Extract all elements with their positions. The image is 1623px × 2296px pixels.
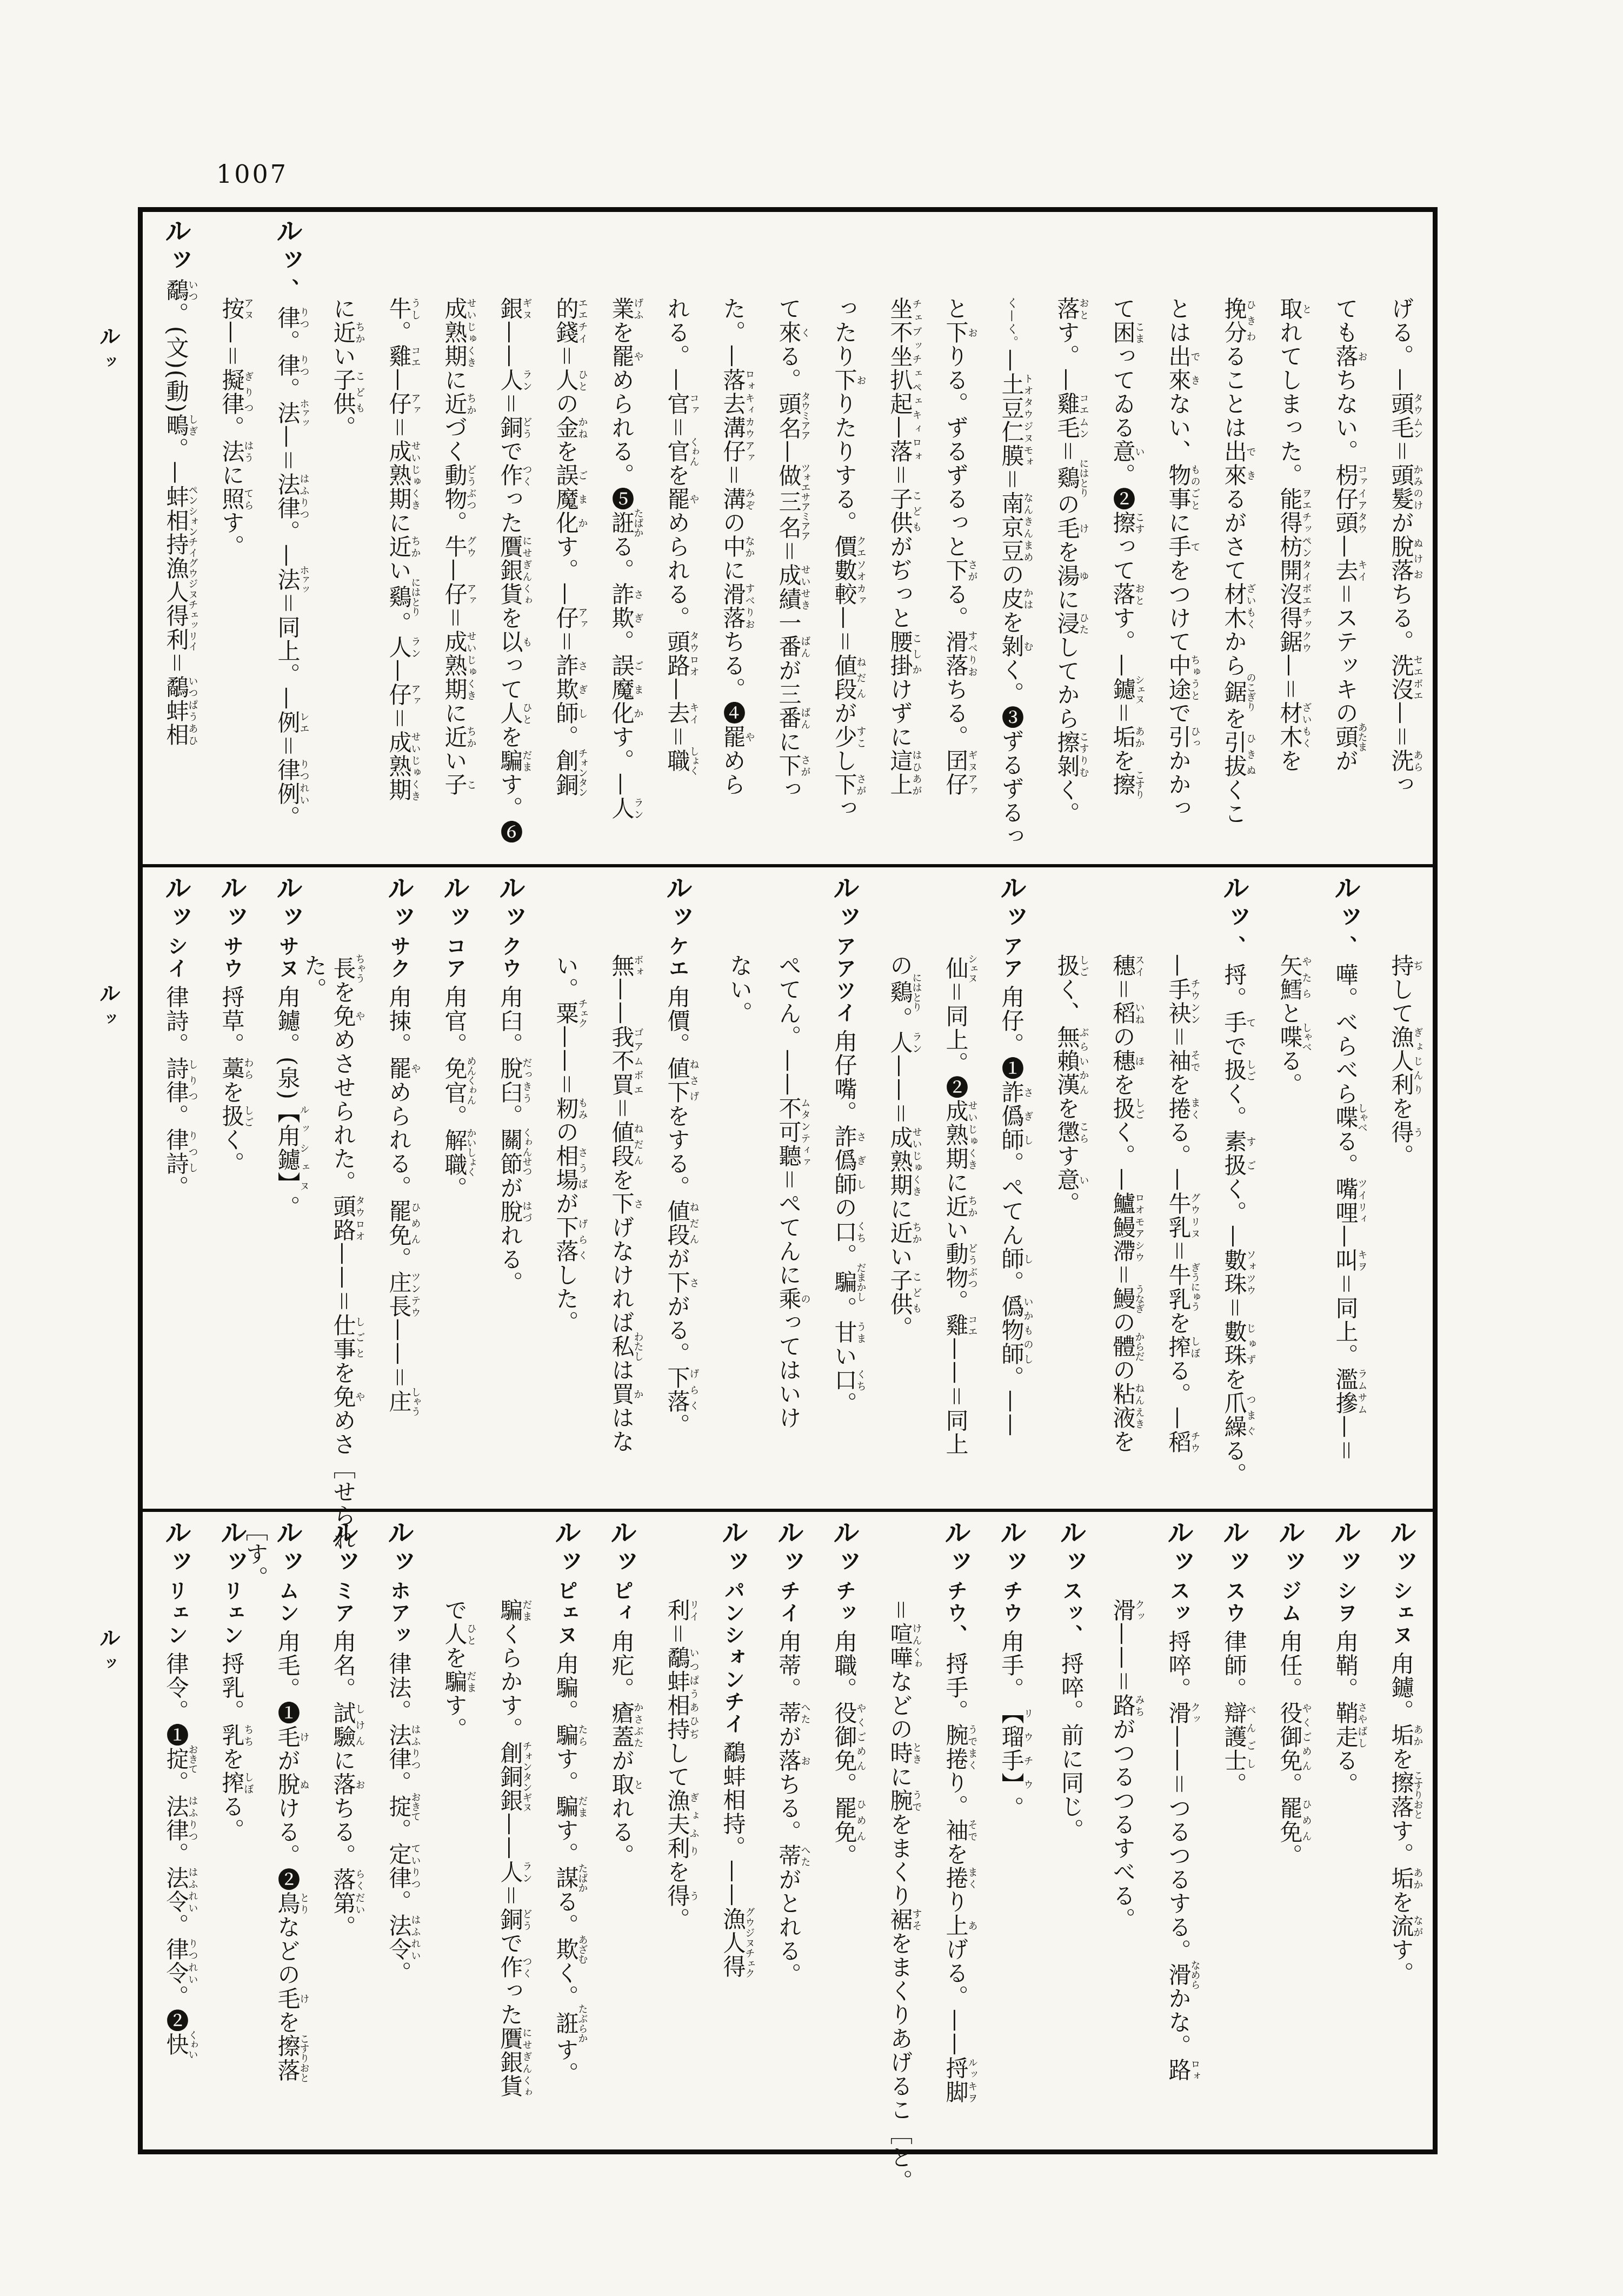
text-segment: が: [776, 1725, 802, 1749]
ruby-segment: 浸ひた: [1054, 612, 1081, 635]
ruby-segment: 腕うで: [887, 1789, 914, 1813]
ruby-segment: 皮かは: [999, 587, 1025, 611]
continuation-column: —手袂チウンン＝袖そでを捲まくる。—牛乳グウリヌ＝牛乳ぎうにゅうを搾しぼる。—稻…: [1144, 874, 1200, 1577]
ruby-segment: 穗ほ: [1110, 1049, 1136, 1073]
ruby-segment: 利リイ: [664, 1598, 691, 1622]
text-segment: に: [1054, 588, 1081, 612]
text-segment: に: [442, 368, 468, 392]
text-segment: ってゐる: [1110, 344, 1136, 440]
entry-headword: ルッ: [272, 1518, 303, 1580]
text-segment: ＝: [664, 416, 691, 440]
entry-reading: ピェヌ: [554, 1580, 578, 1652]
ruby-segment: 喋しゃべ: [1277, 1025, 1303, 1049]
ruby-segment: 下さが: [776, 754, 802, 778]
text-segment: ＝: [1110, 1263, 1136, 1287]
ruby-segment: 欺あざむ: [553, 1937, 580, 1961]
text-segment: て: [1110, 297, 1136, 321]
entry-reading: スッ: [1167, 1580, 1190, 1630]
ruby-segment: 作つく: [497, 1955, 524, 1979]
text-segment: れる。: [609, 1796, 635, 1868]
text-segment: がぢっと: [887, 535, 914, 630]
ruby-segment: 引ひっ: [1166, 725, 1192, 749]
text-segment: ＝: [1110, 701, 1136, 725]
text-segment: 捋草。: [219, 985, 245, 1057]
text-segment: 甪臼。: [497, 985, 524, 1057]
ruby-segment: 頭路タウロオ: [664, 630, 691, 678]
ruby-segment: 下お: [832, 368, 858, 392]
text-segment: 。: [999, 1796, 1025, 1820]
text-segment: した。: [553, 1263, 580, 1335]
ruby-segment: 成績せいせき: [776, 563, 802, 611]
ruby-segment: 毛け: [275, 1987, 301, 2010]
continuation-column: 滑クッ——＝路みちがつるつるすべる。: [1088, 1518, 1144, 2218]
text-segment: を: [999, 611, 1025, 634]
text-segment: してから: [1054, 635, 1081, 731]
text-segment: り: [943, 1890, 969, 1914]
ruby-segment: 近ちか: [442, 392, 468, 416]
text-segment: を: [275, 2010, 301, 2034]
text-segment: 。: [275, 377, 301, 401]
ruby-segment: 成熟期せいじゅくき: [442, 630, 468, 701]
text-segment: に: [720, 559, 747, 582]
entry-headword: ルッ: [1274, 1518, 1306, 1580]
ruby-segment: 得う: [1388, 1120, 1415, 1144]
text-segment: の: [553, 392, 580, 416]
entry-column: ルッチウ、捋手。腕捲うでまくり。袖そでを捲まくり上あげる。——捋脚ルッキヲ: [921, 1518, 977, 2138]
ruby-segment: 土豆仁膜トオタウジヌモォ: [999, 373, 1025, 468]
entry-column: ルッチッ甪職。役御免やくごめん。罷免ひめん。: [810, 1518, 866, 2138]
ruby-segment: 腕捲うでまく: [943, 1723, 969, 1771]
dictionary-page: 1007 げる。—頭毛タウムン＝頭髮かみのけが脫落ぬけおちる。洗沒セエボエ—＝洗…: [0, 0, 1623, 2296]
text-segment: ったり: [832, 297, 858, 368]
ruby-segment: 詐僞師さぎし: [999, 1080, 1025, 1152]
ruby-segment: 中なか: [720, 535, 747, 559]
continuation-column: とは出來できない、物事ものごとに手てをつけて中途ちゅうとで引ひっかかっ: [1144, 217, 1200, 933]
text-segment: ＝: [887, 1598, 914, 1622]
text-segment: 。: [163, 1771, 190, 1795]
ruby-segment: 鷄にはとり: [386, 582, 413, 612]
ruby-segment: 稻いね: [1110, 1001, 1136, 1025]
ruby-segment: 得う: [664, 1884, 691, 1908]
text-segment: 。: [386, 321, 413, 344]
text-segment: かかっ: [1166, 749, 1192, 820]
margin-label: ルッ: [93, 1627, 124, 1671]
entry-headword: ルッ: [439, 874, 470, 935]
text-segment: る。: [1333, 1749, 1359, 1796]
ruby-segment: 滑クッ: [1166, 1701, 1192, 1725]
margin-label: ルッ: [93, 982, 124, 1026]
text-segment: を: [330, 980, 357, 1004]
text-segment: して: [664, 1741, 691, 1789]
ruby-segment: 人ラン: [497, 368, 524, 392]
text-segment: —＝: [832, 606, 858, 654]
text-segment: って: [1110, 535, 1136, 582]
text-segment: —: [999, 349, 1025, 373]
text-segment: をする。: [664, 1104, 691, 1199]
ruby-segment: 買か: [609, 1382, 635, 1406]
text-segment: 。: [386, 1819, 413, 1842]
ruby-segment: 法ホァッ: [275, 568, 301, 592]
text-segment: 。: [943, 1290, 969, 1313]
text-segment: 律令。❶: [163, 1652, 190, 1747]
ruby-segment: 仔アァ: [386, 683, 413, 707]
text-segment: 鷸蚌相持。——: [720, 1741, 747, 1907]
ruby-segment: 袖そで: [1166, 1049, 1192, 1073]
text-segment: を: [442, 1646, 468, 1670]
continuation-column: に近ちかい子供こども。: [309, 217, 364, 933]
entry-headword: ルッ: [940, 1518, 972, 1580]
text-segment: が三: [776, 659, 802, 706]
text-segment: ——＝同上: [943, 1337, 969, 1456]
text-segment: を: [219, 1747, 245, 1771]
text-segment: の: [832, 1196, 858, 1220]
ruby-segment: 去キイ: [1333, 559, 1359, 582]
text-segment: 甪疕。: [609, 1630, 635, 1701]
ruby-segment: 創銅チォンタン: [553, 749, 580, 798]
text-segment: い: [442, 749, 468, 773]
text-segment: に: [1166, 511, 1192, 535]
entry-headword: ルッ: [996, 1518, 1027, 1580]
entry-column: ルッミア甪名。試驗しけんに落おちる。落第らくだい。: [309, 1518, 364, 2138]
continuation-column: 牛うし。雞コエ—仔アァ＝成熟期せいじゅくきに近ちかい鷄にはとり。人ラン—仔アァ＝…: [364, 217, 420, 933]
ruby-segment: 律りつ: [275, 354, 301, 377]
ruby-segment: 擦こすり: [1110, 773, 1136, 799]
ruby-segment: 喧嘩けんくゎ: [887, 1622, 914, 1670]
text-segment: ＝: [999, 468, 1025, 492]
continuation-column: 坐不坐扒起—落チェブッチェペェキィロォ＝子供こどもがぢっと腰掛こしかけずに這上は…: [866, 217, 921, 933]
text-segment: けずに: [887, 678, 914, 749]
text-segment: とは: [1166, 297, 1192, 344]
text-segment: がとれる。: [776, 1868, 802, 1987]
entry-column: ルッリェン捋乳。乳ちちを搾しぼる。: [197, 1518, 253, 2138]
text-segment: ＝同上。❷: [943, 980, 969, 1099]
ruby-segment: 素扱すご: [1221, 1130, 1248, 1177]
continuation-column: い。粟チェク——＝籾もみの相場さうばが下落げらくした。: [531, 874, 587, 1577]
ruby-segment: 落お: [1333, 344, 1359, 368]
text-segment: して: [1388, 978, 1415, 1025]
ruby-segment: 蚌相持漁人得利ペンシォンチイグウジヌチェッリイ: [163, 485, 190, 652]
ruby-segment: 落おと: [1110, 582, 1136, 606]
text-segment: ＝同上。: [1333, 1272, 1359, 1368]
ruby-segment: 人ラン: [386, 635, 413, 659]
ruby-segment: 誤魔化ごまか: [609, 654, 635, 725]
text-segment: に: [330, 297, 357, 321]
text-segment: が: [275, 1749, 301, 1773]
ruby-segment: 嘴哩ツイリィ: [1333, 1177, 1359, 1225]
ruby-segment: 成熟期せいじゅくき: [442, 297, 468, 368]
entry-headword: ルッ: [1163, 1518, 1194, 1580]
ruby-segment: 不可聽ムタンティァ: [776, 1097, 802, 1168]
ruby-segment: 役御免やくごめん: [832, 1701, 858, 1773]
ruby-segment: 少すこ: [832, 725, 858, 749]
text-segment: ——＝つるつるする。: [1166, 1725, 1192, 1963]
continuation-column: 成熟期せいじゅくきに近ちかづく動物どうぶつ。牛グウ—仔アァ＝成熟期せいじゅくきに…: [420, 217, 476, 933]
text-segment: っ: [1388, 773, 1415, 797]
text-segment: れる。—: [664, 297, 691, 392]
ruby-segment: 近ちか: [330, 321, 357, 344]
text-segment: り。: [943, 1771, 969, 1819]
ruby-segment: 騙だま: [442, 1670, 468, 1694]
ruby-segment: 法令はふれい: [163, 1866, 190, 1914]
ruby-segment: 裾すそ: [887, 1908, 914, 1932]
ruby-segment: 藁わら: [219, 1057, 245, 1080]
text-segment: で: [497, 440, 524, 463]
text-segment: を: [664, 463, 691, 487]
entry-column: ルッパンシォンチイ鷸蚌相持。——漁人得グウジヌチェク: [699, 1518, 754, 2138]
ruby-segment: 坐不坐扒起—落チェブッチェペェキィロォ: [887, 297, 914, 463]
text-segment: —＝: [219, 321, 245, 368]
text-segment: 。——: [999, 1366, 1025, 1437]
ruby-segment: 近ちか: [442, 725, 468, 749]
entry-headword: ルッ: [996, 874, 1027, 935]
text-segment: 。: [330, 416, 357, 440]
text-segment: げなければ: [609, 1216, 635, 1335]
text-segment: の: [1110, 1311, 1136, 1335]
ruby-segment: 罷や: [664, 487, 691, 511]
entry-reading: 、: [1334, 935, 1358, 963]
text-segment: に: [442, 701, 468, 725]
text-segment: 。: [832, 1773, 858, 1796]
text-segment: る。: [219, 1795, 245, 1842]
ruby-segment: 腰掛こしか: [887, 630, 914, 678]
margin-label-kana-small: ッ: [99, 1648, 117, 1671]
text-segment: から: [1221, 630, 1248, 678]
continuation-column: ない。: [699, 874, 754, 1577]
text-segment: ちる。: [330, 1796, 357, 1868]
text-segment: ちる。: [943, 678, 969, 749]
ruby-segment: 職しょく: [664, 749, 691, 775]
ruby-segment: 辯護士べんごし: [1221, 1701, 1248, 1773]
text-segment: を: [1110, 1073, 1136, 1097]
text-segment: めら: [720, 749, 747, 797]
entry-headword: ルッ: [383, 1518, 415, 1580]
text-segment: げる。——: [943, 1937, 969, 2056]
continuation-column: 矢鱈やたらと喋しゃべる。: [1255, 874, 1311, 1577]
text-segment: ＝: [553, 630, 580, 654]
ruby-segment: 去キイ: [664, 701, 691, 725]
ruby-segment: 蒂へた: [776, 1844, 802, 1868]
ruby-segment: 困こま: [1110, 321, 1136, 344]
ruby-segment: 掟おきて: [163, 1747, 190, 1771]
entry-reading: リェン: [164, 1580, 188, 1652]
entry-reading: ケエ: [666, 935, 689, 985]
text-segment: るがさて: [1221, 487, 1248, 582]
ruby-segment: 乘の: [776, 1287, 802, 1311]
text-segment: —＝: [1333, 1415, 1359, 1463]
ruby-segment: 業げふ: [609, 297, 635, 321]
entry-headword: ルッ: [1055, 1518, 1087, 1580]
text-segment: 。: [832, 1844, 858, 1868]
ruby-segment: 意い: [1054, 1168, 1081, 1192]
ruby-segment: 免や: [330, 1004, 357, 1028]
text-segment: に: [386, 511, 413, 535]
ruby-segment: 騙だま: [553, 1795, 580, 1819]
text-segment: の: [720, 511, 747, 535]
text-segment: 。: [163, 1842, 190, 1866]
ruby-segment: 下さ: [609, 1192, 635, 1216]
ruby-segment: 捲まく: [943, 1866, 969, 1890]
ruby-segment: 籾もみ: [553, 1097, 580, 1120]
entry-reading: スウ: [1222, 1580, 1246, 1630]
text-segment: ＝: [275, 734, 301, 758]
text-segment: が: [1333, 749, 1359, 773]
continuation-column: た。—落去溝仔ロォキィカウアァ＝溝みぞの中なかに滑落すべりおちる。❹罷やめら: [699, 217, 754, 933]
ruby-segment: 雞コエ: [943, 1313, 969, 1337]
ruby-segment: 人ラン: [609, 797, 635, 820]
ruby-segment: 子供こども: [887, 1269, 914, 1316]
text-segment: 。: [1277, 1844, 1303, 1868]
ruby-segment: 官くゎん: [664, 440, 691, 463]
ruby-segment: 流なが: [1388, 1914, 1415, 1938]
text-segment: ない。: [727, 954, 753, 1025]
text-segment: ＝: [887, 463, 914, 487]
text-segment: を: [664, 1860, 691, 1884]
ruby-segment: 長ちゃう: [330, 954, 357, 980]
entry-column: ルッジム甪任。役御免やくごめん。罷免ひめん。: [1255, 1518, 1311, 2138]
ruby-segment: 南京豆なんきんまめ: [999, 492, 1025, 563]
text-segment: す。: [219, 511, 245, 559]
text-segment: 捋。: [1221, 963, 1248, 1011]
text-segment: りたりする。: [832, 392, 858, 535]
ruby-segment: 脫臼だっきう: [497, 1057, 524, 1104]
text-segment: ——＝: [1110, 1622, 1136, 1694]
ruby-segment: 【甪鑢】ルッシェヌ: [275, 1100, 301, 1196]
text-segment: 甪仔。❶: [999, 985, 1025, 1080]
entry-column: ルッアア甪仔。❶詐僞師さぎし。ぺてん師し。僞物師いかものし。——: [977, 874, 1033, 1497]
text-segment: 。: [386, 1247, 413, 1271]
ruby-segment: 扱しご: [219, 1104, 245, 1128]
text-segment: 甪名。: [330, 1630, 357, 1701]
entry-reading: チッ: [833, 1580, 856, 1630]
entry-headword: ルッ: [1330, 1518, 1361, 1580]
ruby-segment: 値段ねだん: [664, 1199, 691, 1247]
ruby-segment: 能得枋開沒得鋸ヲエチッペンタイボエチックウ: [1277, 487, 1303, 654]
ruby-segment: 脫はづ: [497, 1200, 524, 1224]
ruby-segment: 罷や: [386, 1057, 413, 1080]
entry-headword: ルッ: [773, 1518, 804, 1580]
ruby-segment: 材木ざいもく: [1277, 701, 1303, 749]
ruby-segment: 洗あら: [1388, 749, 1415, 773]
ruby-segment: 詐欺師さぎし: [553, 654, 580, 725]
text-segment: をつけて: [1166, 559, 1192, 654]
text-segment: の: [1054, 493, 1081, 516]
entry-column: ルッケエ甪價。値下ねさげをする。値段ねだんが下さがる。下落げらく。: [643, 874, 699, 1497]
ruby-segment: 私わたし: [609, 1335, 635, 1358]
ruby-segment: 解職かいしょく: [442, 1129, 468, 1177]
ruby-segment: 數珠ソォツウ: [1221, 1249, 1248, 1296]
text-segment: て: [776, 297, 802, 321]
ruby-segment: 材木ざいもく: [1221, 582, 1248, 630]
ruby-segment: 搾しぼ: [1166, 1335, 1192, 1359]
entry-column: ルックウ甪臼。脫臼だっきう。關節くゎんせつが脫はづれる。: [476, 874, 531, 1497]
entry-column: ルッコア甪官。免官めんくゎん。解職かいしょく。: [420, 874, 476, 1497]
ruby-segment: 漁夫利ぎょふり: [664, 1789, 691, 1860]
ruby-segment: 法はう: [219, 440, 245, 463]
entry-reading: チウ: [1000, 1580, 1023, 1630]
ruby-segment: 値段ねだん: [832, 654, 858, 701]
ruby-segment: 人ひと: [442, 1622, 468, 1646]
ruby-segment: 近ちか: [887, 1221, 914, 1245]
entry-headword: ルッ: [717, 1518, 749, 1580]
ruby-segment: 鞘走さやばし: [1333, 1701, 1359, 1749]
ruby-segment: 官コァ: [664, 392, 691, 416]
continuation-column: れる。—官コァ＝官くゎんを罷やめられる。頭路タウロオ—去キイ＝職しょく: [643, 217, 699, 933]
continuation-column: 仙シェヌ＝同上。❷成熟期せいじゅくきに近ちかい動物どうぶつ。雞コエ——＝同上: [921, 874, 977, 1577]
ruby-segment: 鷄にはとり: [1054, 463, 1081, 493]
continuation-column: 騙だまくらかす。創銅銀チォンタンギヌ——人ラン＝銅どうで作つくった贋銀貨にせぎん…: [476, 1518, 531, 2218]
text-segment: 。❷: [1110, 463, 1136, 511]
continuation-column: 銀ギヌ——人ラン＝銅どうで作つくった贋銀貨にせぎんくゎを以もって人ひとを騙だます…: [476, 217, 531, 933]
continuation-column: く—く。—土豆仁膜トオタウジヌモォ＝南京豆なんきんまめの皮かはを剝むく。❸ずるず…: [977, 217, 1033, 933]
text-segment: をまくりあげるこ: [887, 1932, 914, 2122]
ruby-segment: 牛グウ: [442, 535, 468, 559]
text-segment: 甪手。: [999, 1630, 1025, 1701]
entry-headword: ルッ: [1330, 874, 1361, 935]
text-segment: めさ: [330, 1409, 357, 1456]
continuation-column: 長ちゃうを免やめさせられた。頭路タウロオ——＝仕事しごとを免やめさ﹇せられた。: [309, 874, 364, 1577]
text-segment: で: [497, 1932, 524, 1955]
text-segment: 。: [386, 1890, 413, 1914]
ruby-segment: 來く: [776, 321, 802, 344]
ruby-segment: 罷免ひめん: [1277, 1796, 1303, 1844]
ruby-segment: 免や: [330, 1385, 357, 1409]
text-segment: す。: [553, 1819, 580, 1866]
ruby-segment: 仔アァ: [553, 606, 580, 630]
ruby-segment: 相場さうば: [553, 1144, 580, 1192]
ruby-segment: 銀ギヌ: [497, 297, 524, 321]
text-segment: —: [664, 678, 691, 701]
entry-reading: ムン: [276, 1580, 300, 1630]
text-segment: れる。: [497, 1224, 524, 1295]
continuation-column: 利リイ＝鷸蚌相持いつぱうあひぢして漁夫利ぎょふりを得う。: [643, 1518, 699, 2218]
ruby-segment: 値段ねだん: [609, 1120, 635, 1168]
text-segment: められる。: [386, 1080, 413, 1199]
ruby-segment: 人ひと: [553, 368, 580, 392]
ruby-segment: 捲まく: [1166, 1097, 1192, 1120]
ruby-segment: 物事ものごと: [1166, 463, 1192, 511]
text-segment: ってはいけ: [776, 1311, 802, 1430]
text-segment: す: [1054, 1144, 1081, 1168]
ruby-segment: 法律はふりつ: [163, 1795, 190, 1842]
entry-column: ルッサヌ甪鑢。(泉)【甪鑢】ルッシェヌ。: [253, 874, 309, 1497]
entry-reading: シェヌ: [1389, 1580, 1413, 1652]
text-segment: を: [330, 1361, 357, 1385]
ruby-segment: 這上はひあが: [887, 749, 914, 797]
ruby-segment: 鰻うなぎ: [1110, 1287, 1136, 1311]
text-segment: 甪價。: [664, 985, 691, 1057]
ruby-segment: 番ばん: [776, 706, 802, 730]
ruby-segment: 銅どう: [497, 416, 524, 440]
text-segment: を: [497, 606, 524, 630]
text-segment: い。: [553, 954, 580, 1001]
ruby-segment: 子こ: [442, 773, 468, 797]
entry-headword: ルッ: [161, 217, 192, 278]
ruby-segment: 頭路タウロオ: [330, 1195, 357, 1242]
ruby-segment: 意い: [1110, 440, 1136, 463]
entry-headword: ルッ: [1219, 874, 1250, 935]
text-segment: る。: [609, 535, 635, 582]
entry-headword: ルッ: [216, 1518, 248, 1580]
ruby-segment: 法ホァッ: [275, 401, 301, 425]
entry-headword: ルッ: [829, 874, 860, 935]
entry-column: ルッ鷸いつ。(文)(動)鴫しぎ。—蚌相持漁人得利ペンシォンチイグウジヌチェッリイ…: [142, 217, 197, 853]
continuation-column: 挽分ひきわることは出來できるがさて材木ざいもくから鋸のこぎりを引拔ひきぬくこ: [1200, 217, 1255, 933]
text-segment: を: [497, 725, 524, 749]
text-segment: 律詩。: [163, 985, 190, 1057]
text-segment: が: [832, 701, 858, 725]
ruby-segment: 關節くゎんせつ: [497, 1128, 524, 1176]
ruby-segment: 袖そで: [943, 1819, 969, 1842]
